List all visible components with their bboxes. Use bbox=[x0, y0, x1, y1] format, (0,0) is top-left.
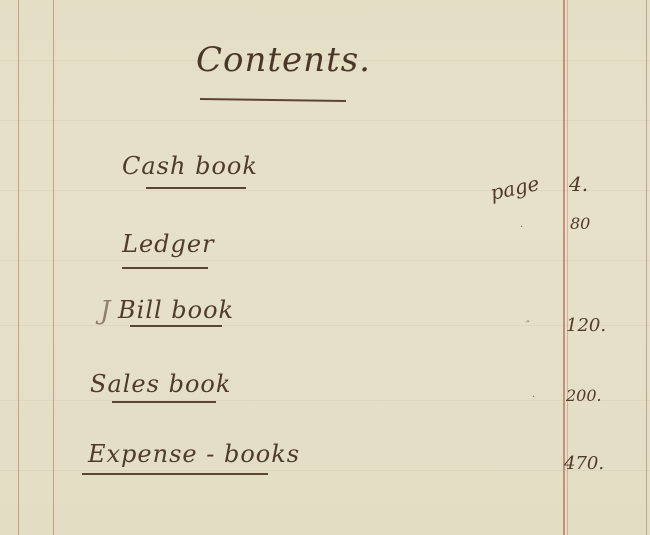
ruling-line bbox=[0, 470, 650, 471]
ruling-line bbox=[0, 120, 650, 121]
page-number-cash-book: 4. bbox=[569, 172, 588, 196]
ruling-line bbox=[0, 190, 650, 191]
ruling-line bbox=[0, 260, 650, 261]
page-number-expense-books: 470. bbox=[564, 453, 604, 474]
entry-expense-books: Expense - books bbox=[88, 440, 300, 468]
ditto-mark: · bbox=[532, 392, 535, 403]
entry-prefix-mark: J bbox=[100, 296, 111, 326]
page-title: Contents. bbox=[196, 40, 371, 80]
title-underline bbox=[200, 98, 346, 102]
entry-underline bbox=[146, 187, 246, 189]
entry-underline bbox=[82, 473, 268, 475]
page-column-label: page bbox=[488, 171, 541, 205]
page-number-bill-book: 120. bbox=[566, 315, 606, 336]
ditto-mark: ″ bbox=[526, 320, 530, 331]
entry-underline bbox=[122, 267, 208, 269]
ruling-line bbox=[0, 400, 650, 401]
entry-sales-book: Sales book bbox=[90, 370, 231, 398]
margin-rule bbox=[53, 0, 54, 535]
ledger-contents-page: Contents. Cash book Ledger J Bill book S… bbox=[0, 0, 650, 535]
right-margin-rule bbox=[646, 0, 647, 535]
entry-underline bbox=[112, 401, 216, 403]
page-number-sales-book: 200. bbox=[566, 386, 602, 405]
ruling-line bbox=[0, 325, 650, 326]
entry-cash-book: Cash book bbox=[122, 152, 258, 180]
page-number-ledger: 80 bbox=[570, 214, 590, 233]
ditto-mark: · bbox=[520, 222, 523, 233]
entry-bill-book: Bill book bbox=[118, 296, 234, 324]
entry-underline bbox=[130, 325, 222, 327]
margin-rule bbox=[18, 0, 19, 535]
entry-ledger: Ledger bbox=[122, 230, 215, 258]
